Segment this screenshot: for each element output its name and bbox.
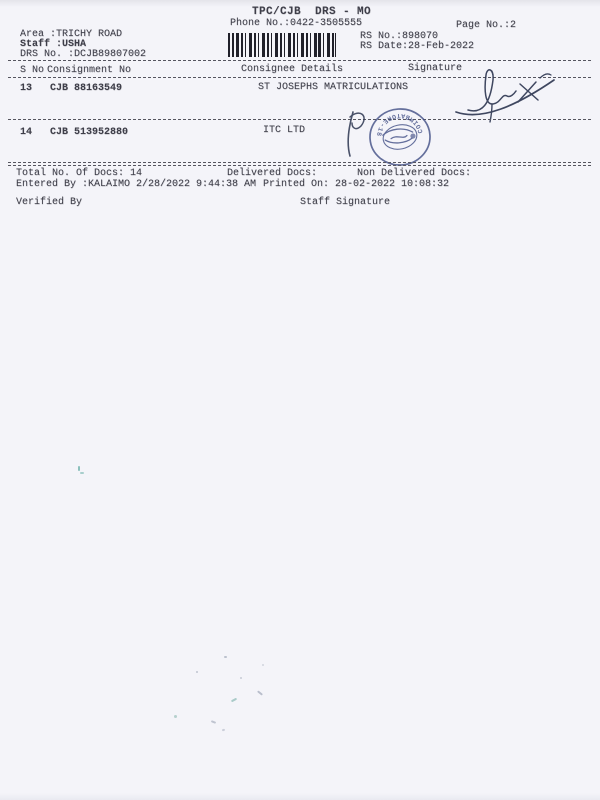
row-sno: 14 bbox=[20, 127, 32, 138]
row-consignment-no: CJB 88163549 bbox=[50, 83, 122, 94]
row-sno: 13 bbox=[20, 83, 32, 94]
divider-line bbox=[8, 119, 592, 120]
verified-by-label: Verified By bbox=[16, 197, 82, 208]
total-docs-label: Total No. Of Docs: bbox=[16, 168, 124, 179]
scan-edge-bottom bbox=[0, 793, 600, 800]
row-consignee: ITC LTD bbox=[263, 125, 305, 136]
scan-speck bbox=[257, 690, 263, 695]
col-header-consignee: Consignee Details bbox=[241, 64, 343, 75]
scan-speck bbox=[224, 656, 227, 658]
scan-speck bbox=[240, 677, 242, 679]
page-title: TPC/CJB DRS - MO bbox=[252, 7, 371, 18]
round-delivery-stamp: COIMBATORE-18 bbox=[364, 104, 436, 170]
entered-by-field: Entered By :KALAIMO 2/28/2022 9:44:38 AM bbox=[16, 179, 256, 190]
scan-speck bbox=[78, 466, 80, 471]
delivered-docs-label: Delivered Docs: bbox=[227, 168, 317, 179]
printed-on-field: Printed On: 28-02-2022 10:08:32 bbox=[263, 179, 449, 190]
scan-speck bbox=[80, 472, 84, 474]
scan-speck bbox=[262, 664, 264, 666]
phone-number: Phone No.:0422-3505555 bbox=[230, 18, 362, 29]
col-header-sno: S No bbox=[20, 65, 44, 76]
handwritten-signature bbox=[452, 60, 564, 124]
page-number: Page No.:2 bbox=[456, 20, 516, 31]
rs-date: RS Date:28-Feb-2022 bbox=[360, 41, 474, 52]
total-docs-value: 14 bbox=[130, 168, 142, 179]
scanned-delivery-run-sheet: TPC/CJB DRS - MO Phone No.:0422-3505555 … bbox=[0, 0, 600, 800]
staff-signature-label: Staff Signature bbox=[300, 197, 390, 208]
barcode-icon bbox=[228, 33, 336, 57]
drs-number-field: DRS No. :DCJB89807002 bbox=[20, 49, 146, 60]
scan-speck bbox=[231, 698, 237, 703]
scan-speck bbox=[211, 720, 216, 724]
non-delivered-docs-label: Non Delivered Docs: bbox=[357, 168, 471, 179]
scan-speck bbox=[196, 671, 198, 673]
col-header-consignment: Consignment No bbox=[47, 65, 131, 76]
divider-line-double bbox=[8, 162, 592, 166]
scan-speck bbox=[174, 715, 177, 718]
row-consignee: ST JOSEPHS MATRICULATIONS bbox=[258, 82, 408, 93]
row-consignment-no: CJB 513952880 bbox=[50, 127, 128, 138]
scan-speck bbox=[222, 729, 225, 732]
